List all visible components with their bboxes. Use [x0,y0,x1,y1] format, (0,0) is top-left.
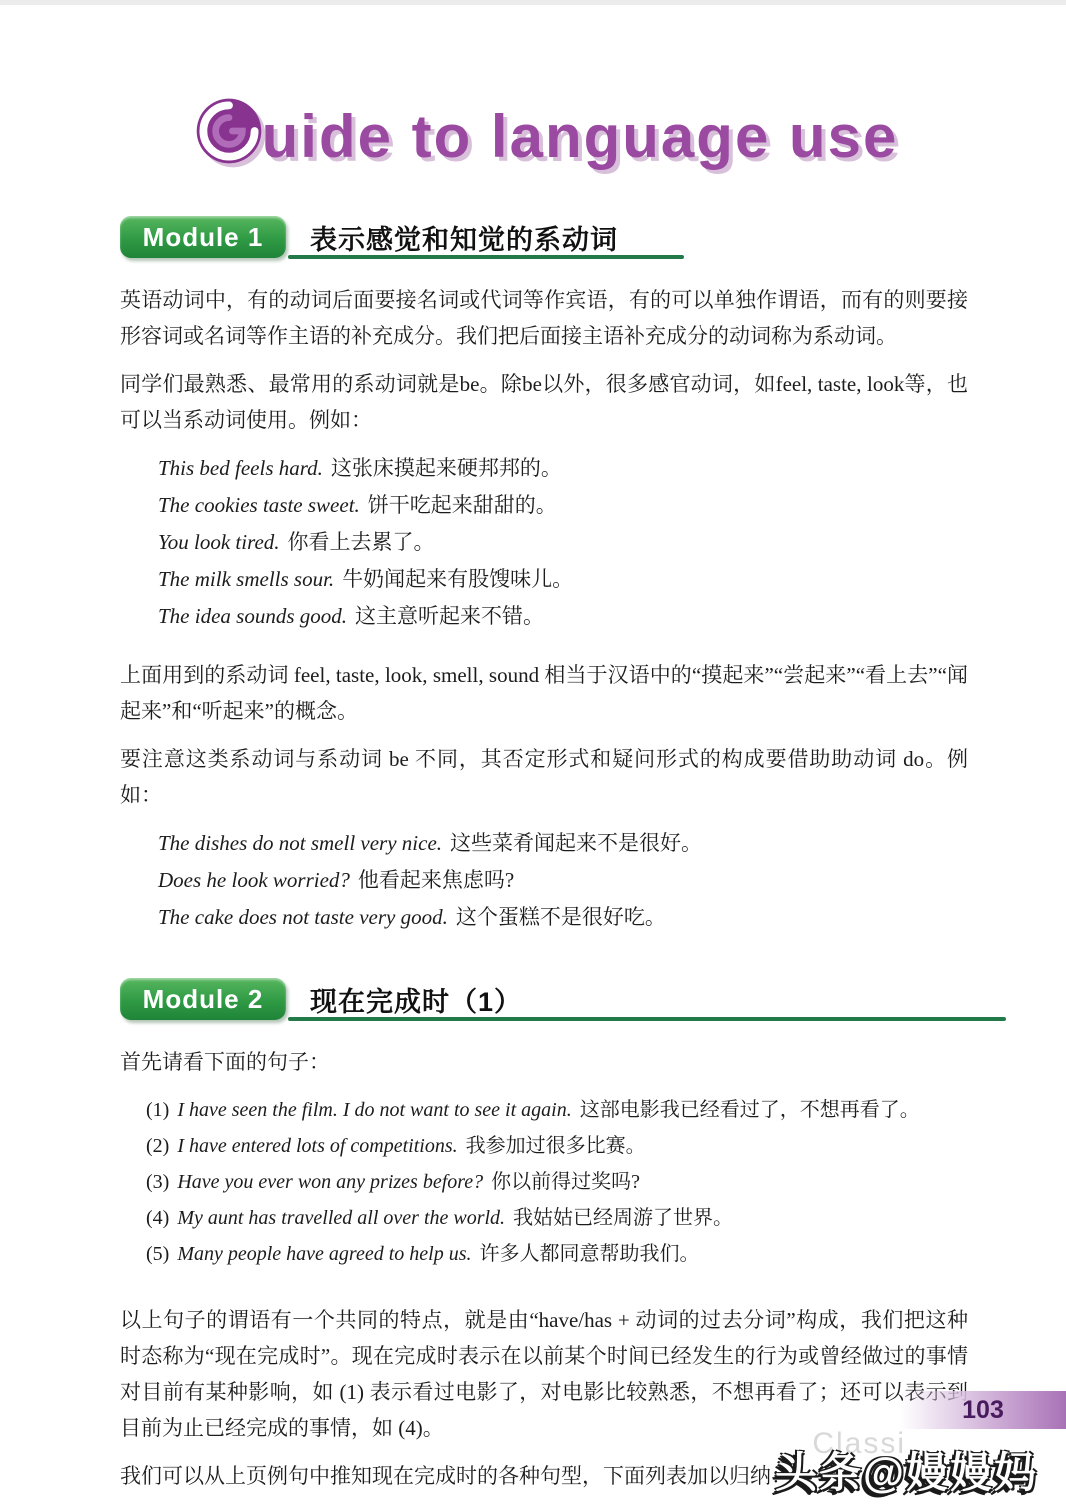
example-english: The dishes do not smell very nice. [158,831,442,855]
example-english: You look tired. [158,530,280,554]
example-chinese: 许多人都同意帮助我们。 [480,1243,700,1265]
module2-header: Module 2 现在完成时（1） [120,976,968,1022]
example-sentence: This bed feels hard.这张床摸起来硬邦邦的。 [158,450,968,487]
module2-intro: 首先请看下面的句子： [120,1044,968,1080]
example-chinese: 他看起来焦虑吗? [358,868,514,892]
example-number: (4) [146,1207,169,1229]
example-chinese: 你以前得过奖吗? [491,1171,640,1193]
example-number: (5) [146,1243,169,1265]
module1-title: 表示感觉和知觉的系动词 [310,218,618,257]
module2-numbered-example-list: (1)I have seen the film. I do not want t… [120,1092,968,1272]
example-english: The cookies taste sweet. [158,493,360,517]
page-number-bar: 103 [900,1391,1066,1429]
module1-example-list-2: The dishes do not smell very nice.这些菜肴闻起… [120,825,968,936]
module2-underline [288,1017,1006,1021]
example-number: (2) [146,1135,169,1157]
module2-paragraph-1: 以上句子的谓语有一个共同的特点，就是由“have/has + 动词的过去分词”构… [120,1302,968,1446]
numbered-example-sentence: (5)Many people have agreed to help us.许多… [146,1236,968,1272]
example-english: My aunt has travelled all over the world… [177,1207,505,1229]
example-chinese: 这张床摸起来硬邦邦的。 [331,456,562,480]
module1-example-list-1: This bed feels hard.这张床摸起来硬邦邦的。 The cook… [120,450,968,635]
page-title: uide to language use [120,88,968,184]
example-english: The milk smells sour. [158,567,334,591]
example-chinese: 你看上去累了。 [288,530,435,554]
example-chinese: 我参加过很多比赛。 [466,1135,646,1157]
module1-paragraph-1: 英语动词中，有的动词后面要接名词或代词等作宾语，有的可以单独作谓语，而有的则要接… [120,282,968,354]
example-english: Have you ever won any prizes before? [177,1171,483,1193]
textbook-page: uide to language use Module 1 表示感觉和知觉的系动… [0,0,1066,1509]
numbered-example-sentence: (2)I have entered lots of competitions.我… [146,1128,968,1164]
example-english: This bed feels hard. [158,456,323,480]
example-chinese: 我姑姑已经周游了世界。 [513,1207,733,1229]
example-chinese: 饼干吃起来甜甜的。 [368,493,557,517]
numbered-example-sentence: (4)My aunt has travelled all over the wo… [146,1200,968,1236]
page-title-text: uide to language use [262,102,899,171]
numbered-example-sentence: (3)Have you ever won any prizes before?你… [146,1164,968,1200]
example-english: I have entered lots of competitions. [177,1135,457,1157]
numbered-example-sentence: (1)I have seen the film. I do not want t… [146,1092,968,1128]
example-sentence: The cookies taste sweet.饼干吃起来甜甜的。 [158,487,968,524]
example-english: Many people have agreed to help us. [177,1243,471,1265]
example-english: Does he look worried? [158,868,350,892]
example-number: (1) [146,1099,169,1121]
example-chinese: 这些菜肴闻起来不是很好。 [450,831,702,855]
example-chinese: 牛奶闻起来有股馊味儿。 [342,567,573,591]
example-sentence: Does he look worried?他看起来焦虑吗? [158,862,968,899]
example-english: I have seen the film. I do not want to s… [177,1099,571,1121]
example-sentence: The idea sounds good.这主意听起来不错。 [158,598,968,635]
example-sentence: The milk smells sour.牛奶闻起来有股馊味儿。 [158,561,968,598]
example-sentence: You look tired.你看上去累了。 [158,524,968,561]
example-sentence: The cake does not taste very good.这个蛋糕不是… [158,899,968,936]
page-number: 103 [962,1396,1004,1425]
module1-paragraph-2: 同学们最熟悉、最常用的系动词就是be。除be以外，很多感官动词，如feel, t… [120,366,968,438]
module1-paragraph-3: 上面用到的系动词 feel, taste, look, smell, sound… [120,657,968,729]
example-chinese: 这部电影我已经看过了，不想再看了。 [580,1099,920,1121]
example-number: (3) [146,1171,169,1193]
watermark: 头条@嫚嫚妈 [775,1440,1038,1500]
example-english: The idea sounds good. [158,604,347,628]
module1-underline [288,255,684,259]
example-chinese: 这主意听起来不错。 [355,604,544,628]
example-sentence: The dishes do not smell very nice.这些菜肴闻起… [158,825,968,862]
example-english: The cake does not taste very good. [158,905,448,929]
example-chinese: 这个蛋糕不是很好吃。 [456,905,666,929]
module2-badge: Module 2 [120,978,286,1020]
module1-badge: Module 1 [120,216,286,258]
module2-title: 现在完成时（1） [310,980,522,1019]
module1-paragraph-4: 要注意这类系动词与系动词 be 不同，其否定形式和疑问形式的构成要借助助动词 d… [120,741,968,813]
guide-logo-g-icon [190,92,268,170]
module1-header: Module 1 表示感觉和知觉的系动词 [120,214,968,260]
